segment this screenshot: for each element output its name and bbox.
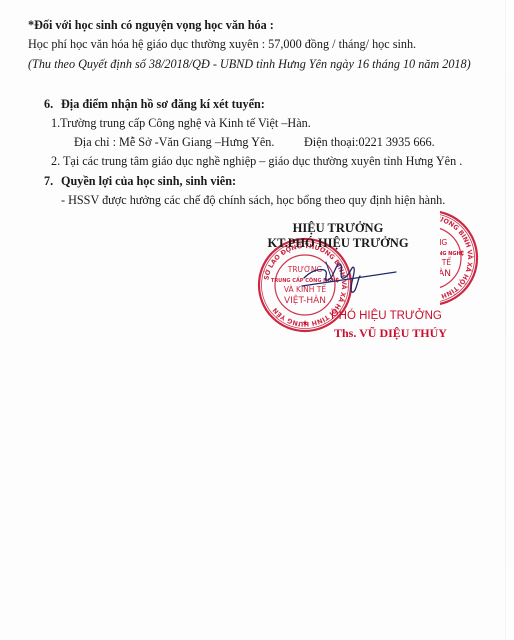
section-7-number: 7. xyxy=(44,174,53,188)
section-6-item-1: 1.Trường trung cấp Công nghệ và Kinh tế … xyxy=(51,116,311,130)
intro-heading: *Đối với học sinh có nguyện vọng học văn… xyxy=(28,18,274,32)
signatory-role: PHÓ HIỆU TRƯỞNG xyxy=(331,310,442,322)
section-6-title: Địa điểm nhận hồ sơ đăng kí xét tuyển: xyxy=(61,97,265,111)
intro-note: (Thu theo Quyết định số 38/2018/QĐ - UBN… xyxy=(28,57,471,71)
svg-text:★: ★ xyxy=(302,319,308,327)
svg-text:VÀ KINH TẾ: VÀ KINH TẾ xyxy=(440,257,451,267)
signature-title: HIỆU TRƯỞNG xyxy=(288,221,388,235)
document-page: *Đối với học sinh có nguyện vọng học văn… xyxy=(0,0,514,640)
scan-edge-line xyxy=(505,0,506,640)
svg-text:TRUNG CẤP CÔNG NGHỆ: TRUNG CẤP CÔNG NGHỆ xyxy=(440,249,465,257)
section-6-phone: Điện thoại:0221 3935 666. xyxy=(304,135,435,149)
intro-fee-line: Học phí học văn hóa hệ giáo dục thường x… xyxy=(28,37,416,51)
section-7-title: Quyền lợi của học sinh, sinh viên: xyxy=(61,174,236,188)
partial-stamp-container: SỞ LAO ĐỘNG THƯƠNG BINH VÀ XÃ HỘI TỈNH H… xyxy=(440,208,514,308)
section-6-address: Địa chỉ : Mễ Sở -Văn Giang –Hưng Yên. xyxy=(74,135,274,149)
handwritten-signature xyxy=(300,250,400,300)
partial-school-stamp: SỞ LAO ĐỘNG THƯƠNG BINH VÀ XÃ HỘI TỈNH H… xyxy=(440,208,480,308)
section-7-item-1: - HSSV được hưởng các chế độ chính sách,… xyxy=(61,193,445,207)
signatory-name: Ths. VŨ DIỆU THÚY xyxy=(334,326,447,341)
svg-text:TRƯỜNG: TRƯỜNG xyxy=(440,238,447,247)
svg-text:VIỆT-HÀN: VIỆT-HÀN xyxy=(440,267,451,279)
signature-subtitle: KT.PHÓ HIỆU TRƯỞNG xyxy=(263,236,413,250)
section-6-number: 6. xyxy=(44,97,53,111)
section-6-item-2: 2. Tại các trung tâm giáo dục nghề nghiệ… xyxy=(51,154,462,168)
